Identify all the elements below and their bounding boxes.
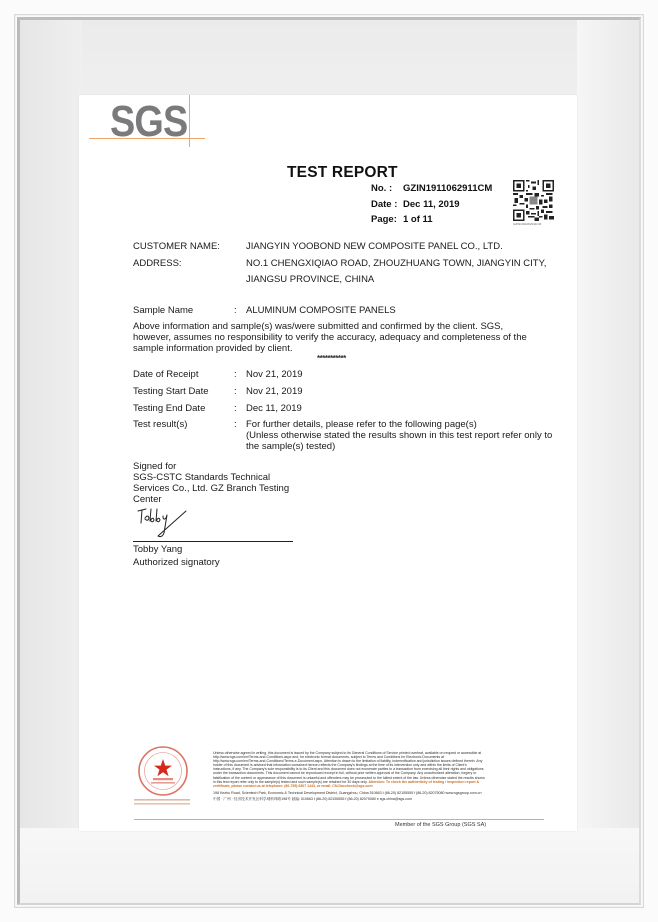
footer-address-cn: 中国 · 广州 · 经济技术开发区科学城科珠路198号 邮编: 510663 t…: [213, 797, 485, 801]
testing-end-date-label: Testing End Date: [133, 403, 205, 414]
report-title: TEST REPORT: [287, 164, 398, 182]
testing-end-date: Dec 11, 2019: [246, 403, 302, 414]
report-page: 1 of 11: [403, 214, 433, 225]
company-seal-stamp-icon: [134, 744, 196, 806]
signed-for-block: Signed for SGS-CSTC Standards Technical …: [133, 461, 303, 505]
address-line-1: NO.1 CHENGXIQIAO ROAD, ZHOUZHUANG TOWN, …: [246, 258, 546, 269]
sgs-logo: SGS: [110, 97, 187, 147]
separator: ***********: [317, 354, 346, 363]
testing-start-date: Nov 21, 2019: [246, 386, 303, 397]
test-results: For further details, please refer to the…: [246, 419, 556, 452]
footer-address-en: 198 Kezhu Road, Scientech Park, Economic…: [213, 791, 485, 795]
report-number: GZIN1911062911CM: [403, 183, 492, 194]
handwritten-signature-icon: [136, 503, 196, 543]
signatory-title: Authorized signatory: [133, 557, 220, 568]
signing-org-line-1: SGS-CSTC Standards Technical: [133, 472, 303, 483]
signed-for-label: Signed for: [133, 461, 303, 472]
report-date: Dec 11, 2019: [403, 199, 460, 210]
signing-org-line-2: Services Co., Ltd. GZ Branch Testing: [133, 483, 303, 494]
report-page-label: Page:: [371, 214, 397, 225]
qr-code-icon: [513, 180, 554, 221]
qr-caption: GZIN1911062911CM: [513, 222, 541, 226]
test-results-label: Test result(s): [133, 419, 187, 430]
sample-disclaimer: Above information and sample(s) was/were…: [133, 321, 543, 354]
result-colon: :: [234, 419, 237, 430]
signature-line: [133, 541, 293, 542]
terms-fine-print: Unless otherwise agreed in writing, this…: [213, 751, 485, 801]
sample-name-label: Sample Name: [133, 305, 193, 316]
customer-name: JIANGYIN YOOBOND NEW COMPOSITE PANEL CO.…: [246, 241, 503, 252]
sample-name-colon: :: [234, 305, 237, 316]
address-line-2: JIANGSU PROVINCE, CHINA: [246, 274, 374, 285]
test-results-line-1: For further details, please refer to the…: [246, 419, 556, 430]
report-date-label: Date :: [371, 199, 397, 210]
testing-start-date-label: Testing Start Date: [133, 386, 209, 397]
logo-accent-line-vertical: [189, 95, 190, 147]
footer-divider: [134, 819, 544, 820]
sgs-group-member-note: Member of the SGS Group (SGS SA): [395, 822, 486, 828]
test-results-line-2: (Unless otherwise stated the results sho…: [246, 430, 556, 452]
report-number-label: No. :: [371, 183, 392, 194]
customer-name-label: CUSTOMER NAME:: [133, 241, 220, 252]
date-colon: :: [234, 386, 237, 397]
date-colon: :: [234, 403, 237, 414]
date-of-receipt: Nov 21, 2019: [246, 369, 303, 380]
sample-name: ALUMINUM COMPOSITE PANELS: [246, 305, 396, 316]
date-of-receipt-label: Date of Receipt: [133, 369, 198, 380]
signatory-name: Tobby Yang: [133, 544, 182, 555]
logo-accent-line: [89, 138, 205, 139]
address-label: ADDRESS:: [133, 258, 182, 269]
date-colon: :: [234, 369, 237, 380]
